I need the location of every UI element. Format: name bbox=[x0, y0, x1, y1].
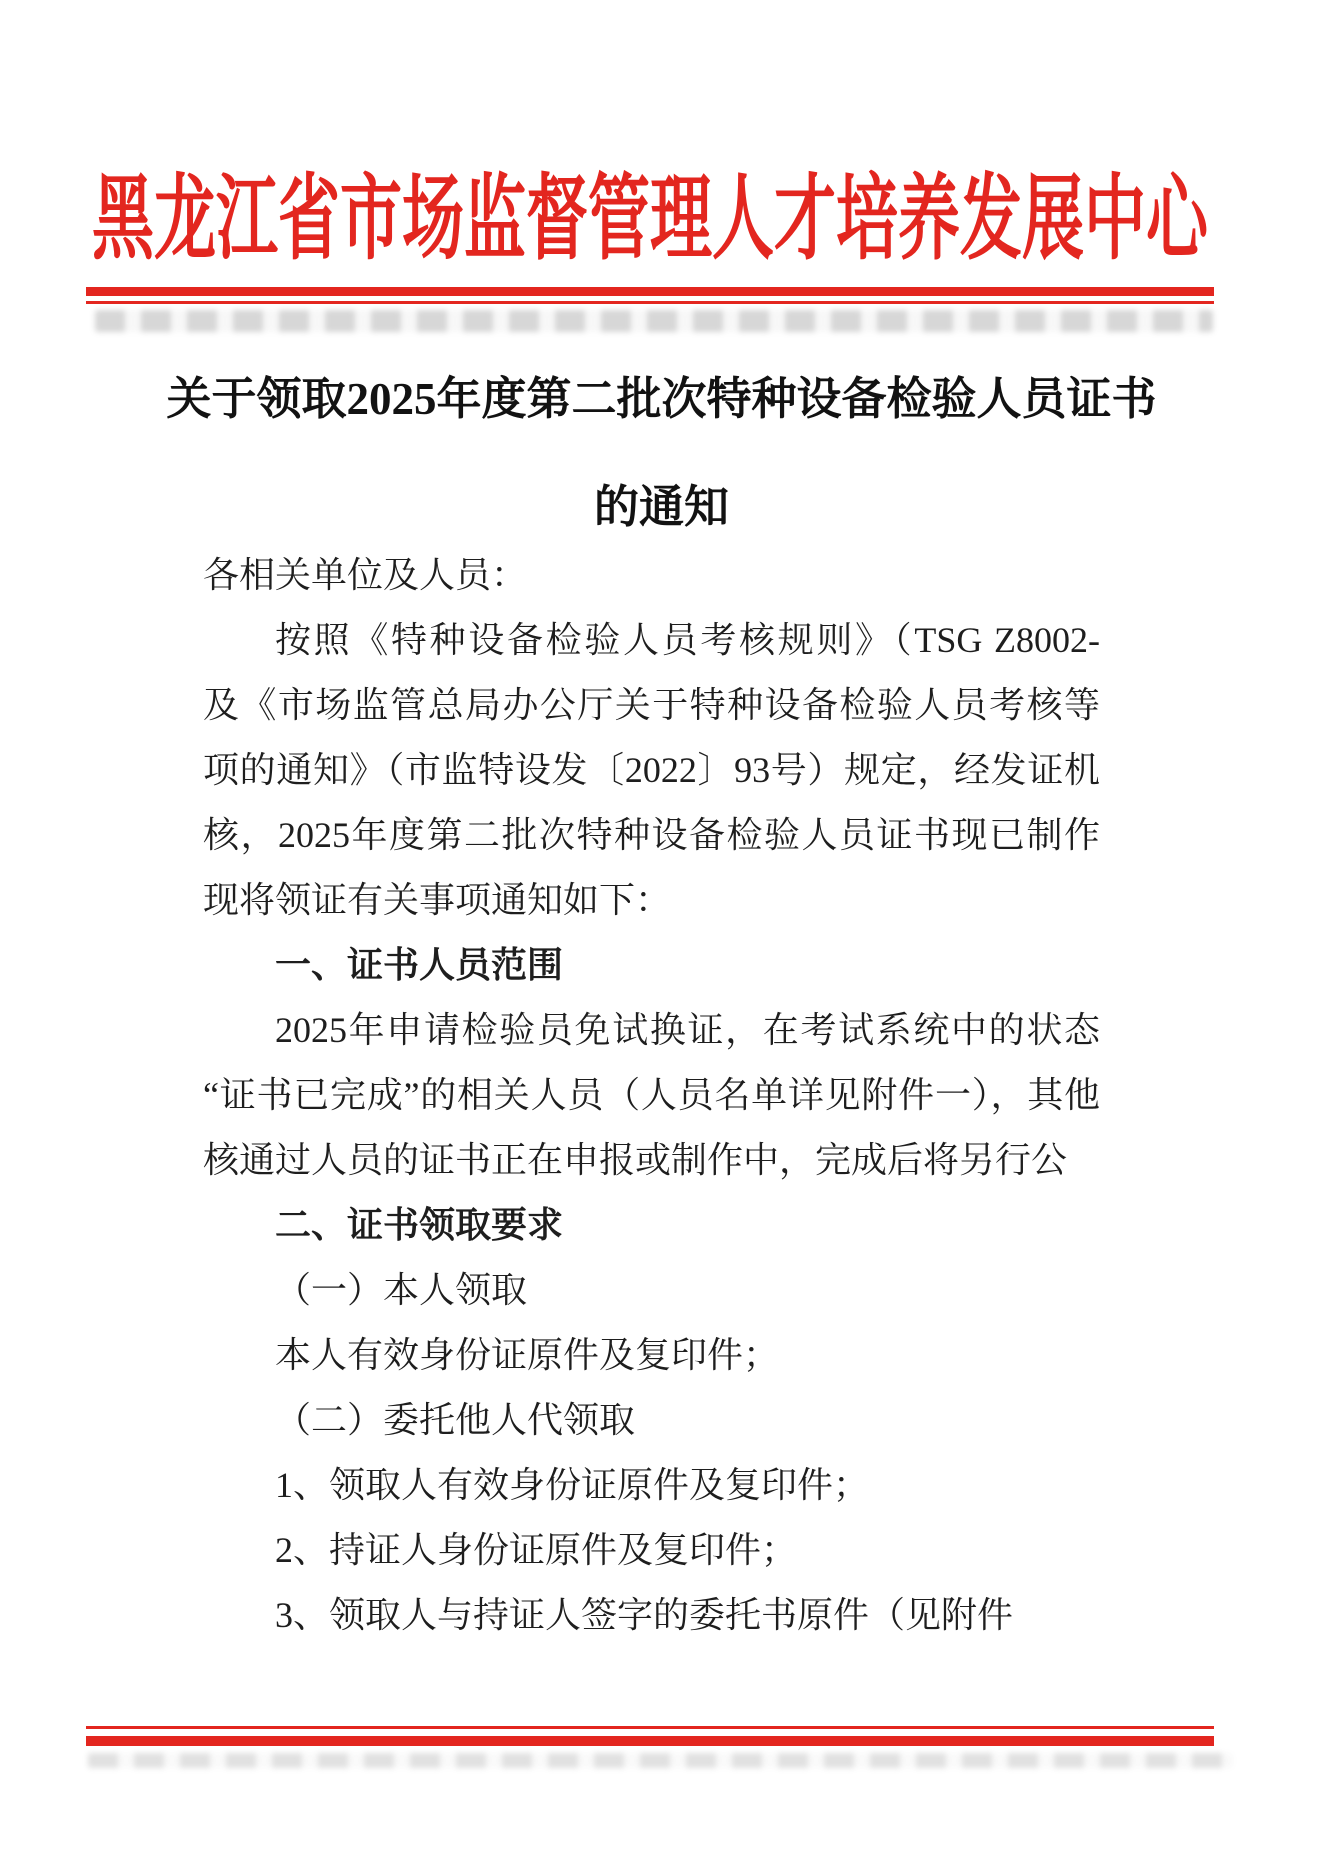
numbered-item: 1、领取人有效身份证原件及复印件； bbox=[203, 1453, 1100, 1518]
document-title: 关于领取2025年度第二批次特种设备检验人员证书 的通知 bbox=[110, 345, 1213, 561]
section-2-heading: 二、证书领取要求 bbox=[203, 1193, 1100, 1258]
body-line: 本人有效身份证原件及复印件； bbox=[203, 1323, 1100, 1388]
body-line: 核，2025年度第二批次特种设备检验人员证书现已制作完成， bbox=[203, 803, 1100, 868]
subsection-heading: （二）委托他人代领取 bbox=[203, 1388, 1100, 1453]
body-line: 及《市场监管总局办公厅关于特种设备检验人员考核等有关事 bbox=[203, 673, 1100, 738]
body-line: 核通过人员的证书正在申报或制作中，完成后将另行公布。 bbox=[203, 1128, 1100, 1193]
header-rule-thin bbox=[86, 301, 1214, 304]
salutation-line: 各相关单位及人员： bbox=[203, 543, 1100, 608]
numbered-item: 2、持证人身份证原件及复印件； bbox=[203, 1518, 1100, 1583]
footer-rule-thick bbox=[86, 1736, 1214, 1746]
document-page: 黑龙江省市场监督管理人才培养发展中心 关于领取2025年度第二批次特种设备检验人… bbox=[0, 0, 1323, 1871]
body-line: “证书已完成”的相关人员（人员名单详见附件一），其他审 bbox=[203, 1063, 1100, 1128]
header-rule-thick bbox=[86, 287, 1214, 296]
body-line: 2025年申请检验员免试换证，在考试系统中的状态显示为 bbox=[203, 998, 1100, 1063]
scan-artifact-band-top bbox=[95, 310, 1213, 332]
scan-artifact-band-bottom bbox=[88, 1753, 1233, 1768]
footer-rule-thin bbox=[86, 1726, 1214, 1729]
body-line: 项的通知》（市监特设发〔2022〕93号）规定，经发证机关审 bbox=[203, 738, 1100, 803]
document-body: 各相关单位及人员： 按照《特种设备检验人员考核规则》（TSG Z8002-202… bbox=[203, 543, 1100, 1648]
body-line: 现将领证有关事项通知如下： bbox=[203, 868, 1100, 933]
letterhead-org-name: 黑龙江省市场监督管理人才培养发展中心 bbox=[86, 174, 1214, 267]
subsection-heading: （一）本人领取 bbox=[203, 1258, 1100, 1323]
section-1-heading: 一、证书人员范围 bbox=[203, 933, 1100, 998]
numbered-item: 3、领取人与持证人签字的委托书原件（见附件二）。 bbox=[203, 1583, 1100, 1648]
document-title-line1: 关于领取2025年度第二批次特种设备检验人员证书 bbox=[110, 345, 1213, 453]
body-line: 按照《特种设备检验人员考核规则》（TSG Z8002-2022） bbox=[203, 608, 1100, 673]
